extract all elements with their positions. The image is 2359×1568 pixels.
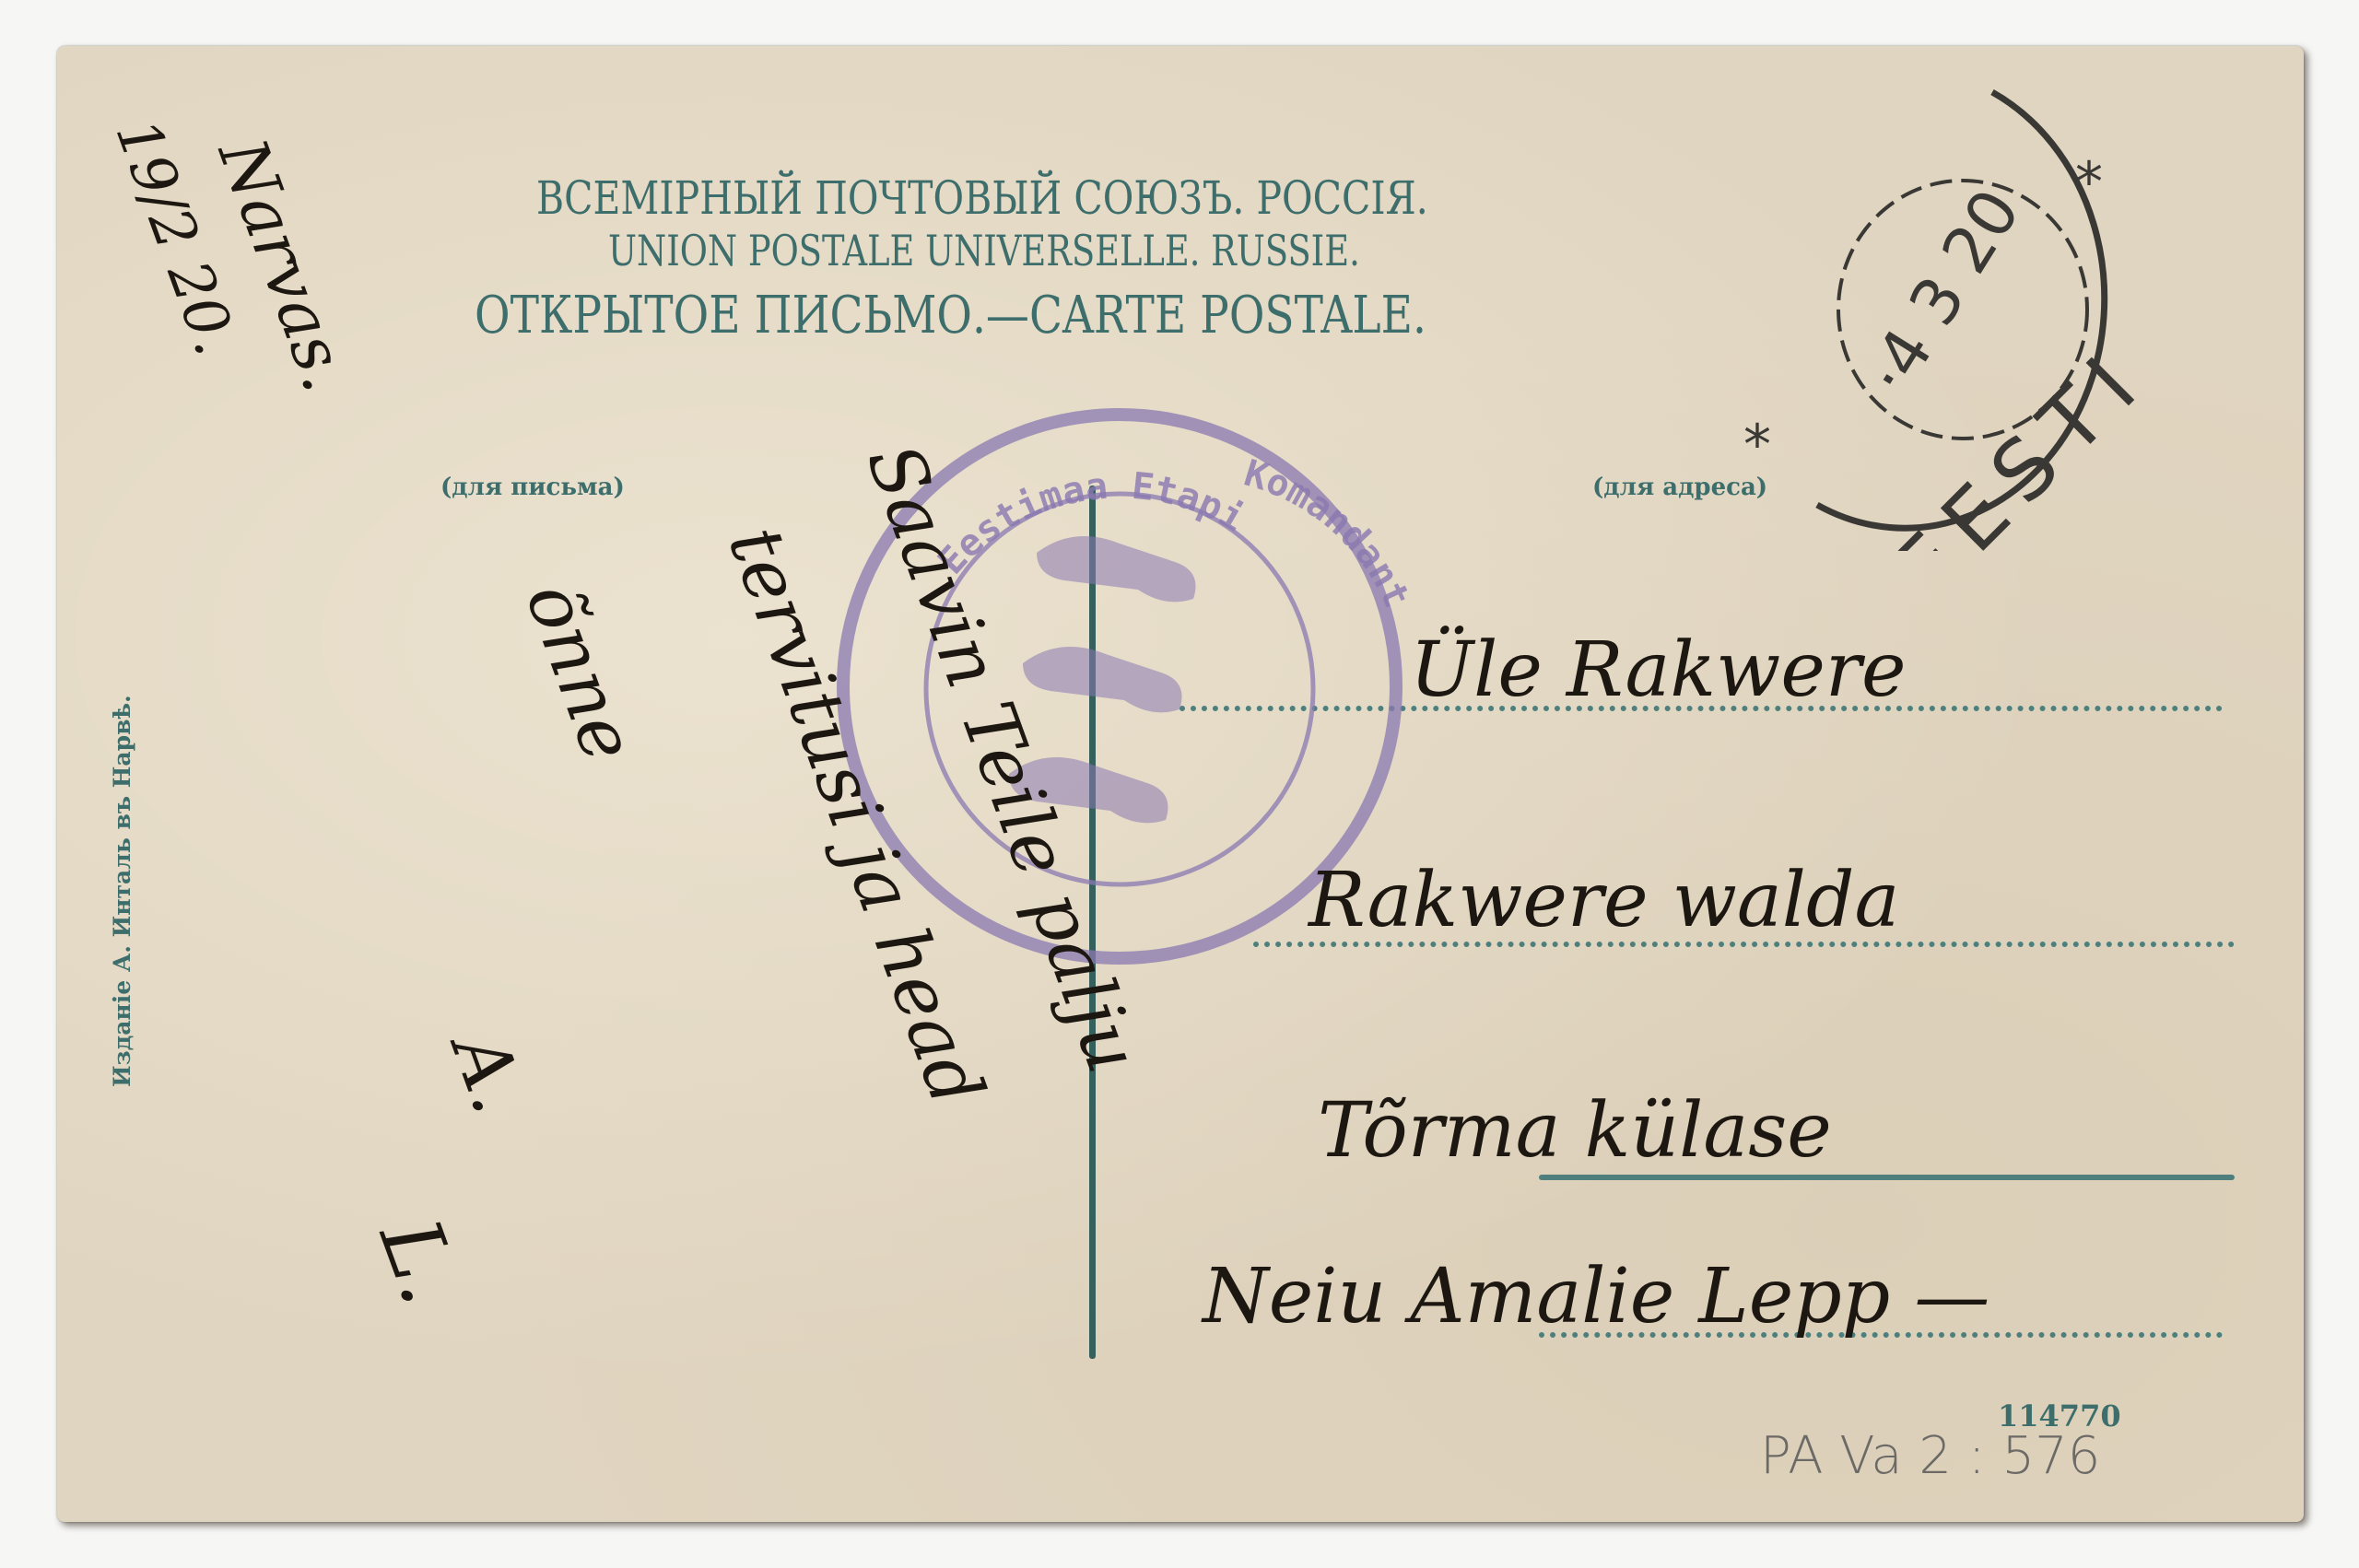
address-line-2-text: Rakwere walda (1309, 857, 1899, 944)
archive-mark: PA Va 2 : 576 (1760, 1426, 2100, 1486)
label-message-side: (для письма) (440, 474, 625, 501)
address-line-4-text: Neiu Amalie Lepp — (1203, 1253, 1989, 1340)
svg-text:Komandant: Komandant (1239, 452, 1414, 614)
header-french: UNION POSTALE UNIVERSELLE. RUSSIE. (608, 226, 1360, 275)
publisher-imprint: Изданіе А. Инталь въ Нарвѣ. (109, 695, 135, 1087)
address-line-3-text: Tõrma külase (1318, 1087, 1832, 1175)
address-line-3 (1539, 1175, 2235, 1180)
address-line-1-text: Üle Rakwere (1410, 626, 1907, 714)
svg-text:*: * (1743, 413, 1771, 477)
header-carte-postale: ОТКРЫТОЕ ПИСЬМО.—CARTE POSTALE. (475, 286, 1426, 345)
postmark-date: ·4 3 20 (1851, 177, 2035, 408)
header-russian: ВСЕМІРНЫЙ ПОЧТОВЫЙ СОЮЗЪ. РОССІЯ. (536, 171, 1428, 225)
svg-text:*: * (2075, 150, 2103, 215)
eesti-postmark: ·4 3 20 EESTI * * (1725, 72, 2149, 551)
